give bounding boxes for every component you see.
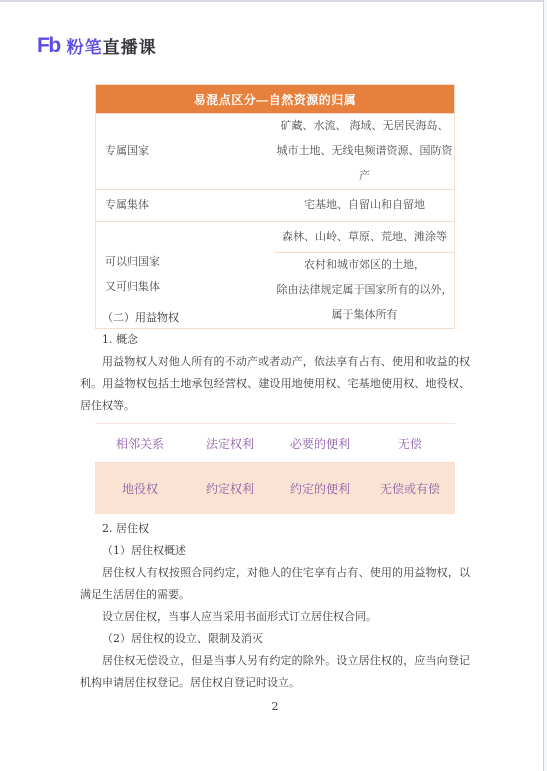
cell: 法定权利 bbox=[185, 424, 275, 463]
page-right-edge bbox=[543, 0, 544, 771]
table-title: 易混点区分—自然资源的归属 bbox=[96, 85, 455, 114]
row-label: 专属国家 bbox=[96, 114, 276, 190]
body-paragraph: 居住权人有权按照合同约定，对他人的住宅享有占有、使用的用益物权，以满足生活居住的… bbox=[80, 562, 470, 606]
brand-logo: Fb 粉笔 直播课 bbox=[37, 33, 157, 58]
list-item-heading: 2. 居住权 bbox=[80, 518, 470, 540]
brand-suffix: 直播课 bbox=[103, 33, 157, 58]
body-paragraph: 居住权无偿设立，但是当事人另有约定的除外。设立居住权的，应当向登记机构申请居住权… bbox=[80, 650, 470, 694]
cell: 无偿或有偿 bbox=[365, 463, 455, 515]
content-line: 矿藏、水流、 海域、无居民海岛、 bbox=[275, 114, 454, 139]
table-header-row: 易混点区分—自然资源的归属 bbox=[96, 85, 455, 114]
content-line: 农村和城市郊区的土地， bbox=[275, 253, 454, 278]
document-page: Fb 粉笔 直播课 易混点区分—自然资源的归属 专属国家 矿藏、水流、 海域、无… bbox=[0, 0, 547, 771]
body-paragraph: 设立居住权，当事人应当采用书面形式订立居住权合同。 bbox=[80, 606, 470, 628]
section-usufruct: （二）用益物权 1. 概念 用益物权人对他人所有的不动产或者动产，依法享有占有、… bbox=[80, 307, 470, 417]
cell: 必要的便利 bbox=[275, 424, 365, 463]
list-item-heading: 1. 概念 bbox=[80, 329, 470, 351]
table-row: 相邻关系 法定权利 必要的便利 无偿 bbox=[95, 424, 455, 463]
table-row: 专属国家 矿藏、水流、 海域、无居民海岛、 城市土地、无线电频谱资源、国防资产 bbox=[96, 114, 455, 190]
cell: 地役权 bbox=[95, 463, 185, 515]
resource-ownership-table: 易混点区分—自然资源的归属 专属国家 矿藏、水流、 海域、无居民海岛、 城市土地… bbox=[95, 84, 455, 329]
page-top-edge bbox=[0, 0, 547, 2]
section-heading: （二）用益物权 bbox=[80, 307, 470, 329]
sub-heading: （2）居住权的设立、限制及消灭 bbox=[80, 628, 470, 650]
content-line: 城市土地、无线电频谱资源、国防资产 bbox=[275, 139, 454, 189]
body-paragraph: 用益物权人对他人所有的不动产或者动产，依法享有占有、使用和收益的权利。用益物权包… bbox=[80, 351, 470, 417]
cell: 约定的便利 bbox=[275, 463, 365, 515]
cell: 约定权利 bbox=[185, 463, 275, 515]
row-content: 矿藏、水流、 海域、无居民海岛、 城市土地、无线电频谱资源、国防资产 bbox=[275, 114, 455, 190]
page-number: 2 bbox=[80, 700, 470, 713]
section-residency-right: 2. 居住权 （1）居住权概述 居住权人有权按照合同约定，对他人的住宅享有占有、… bbox=[80, 518, 470, 694]
row-content: 宅基地、自留山和自留地 bbox=[275, 190, 455, 222]
table-row: 地役权 约定权利 约定的便利 无偿或有偿 bbox=[95, 463, 455, 515]
sub-heading: （1）居住权概述 bbox=[80, 540, 470, 562]
table-row: 可以归国家 又可归集体 森林、山岭、草原、荒地、滩涂等 bbox=[96, 222, 455, 253]
fenbi-logo-icon: Fb bbox=[37, 34, 60, 58]
cell: 无偿 bbox=[365, 424, 455, 463]
label-line: 又可归集体 bbox=[105, 275, 275, 300]
label-line: 可以归国家 bbox=[105, 250, 275, 275]
row-label: 专属集体 bbox=[96, 190, 276, 222]
table-row: 专属集体 宅基地、自留山和自留地 bbox=[96, 190, 455, 222]
comparison-table: 相邻关系 法定权利 必要的便利 无偿 地役权 约定权利 约定的便利 无偿或有偿 bbox=[95, 423, 455, 514]
brand-name: 粉笔 bbox=[67, 33, 103, 58]
row-content: 森林、山岭、草原、荒地、滩涂等 bbox=[275, 222, 455, 253]
cell: 相邻关系 bbox=[95, 424, 185, 463]
